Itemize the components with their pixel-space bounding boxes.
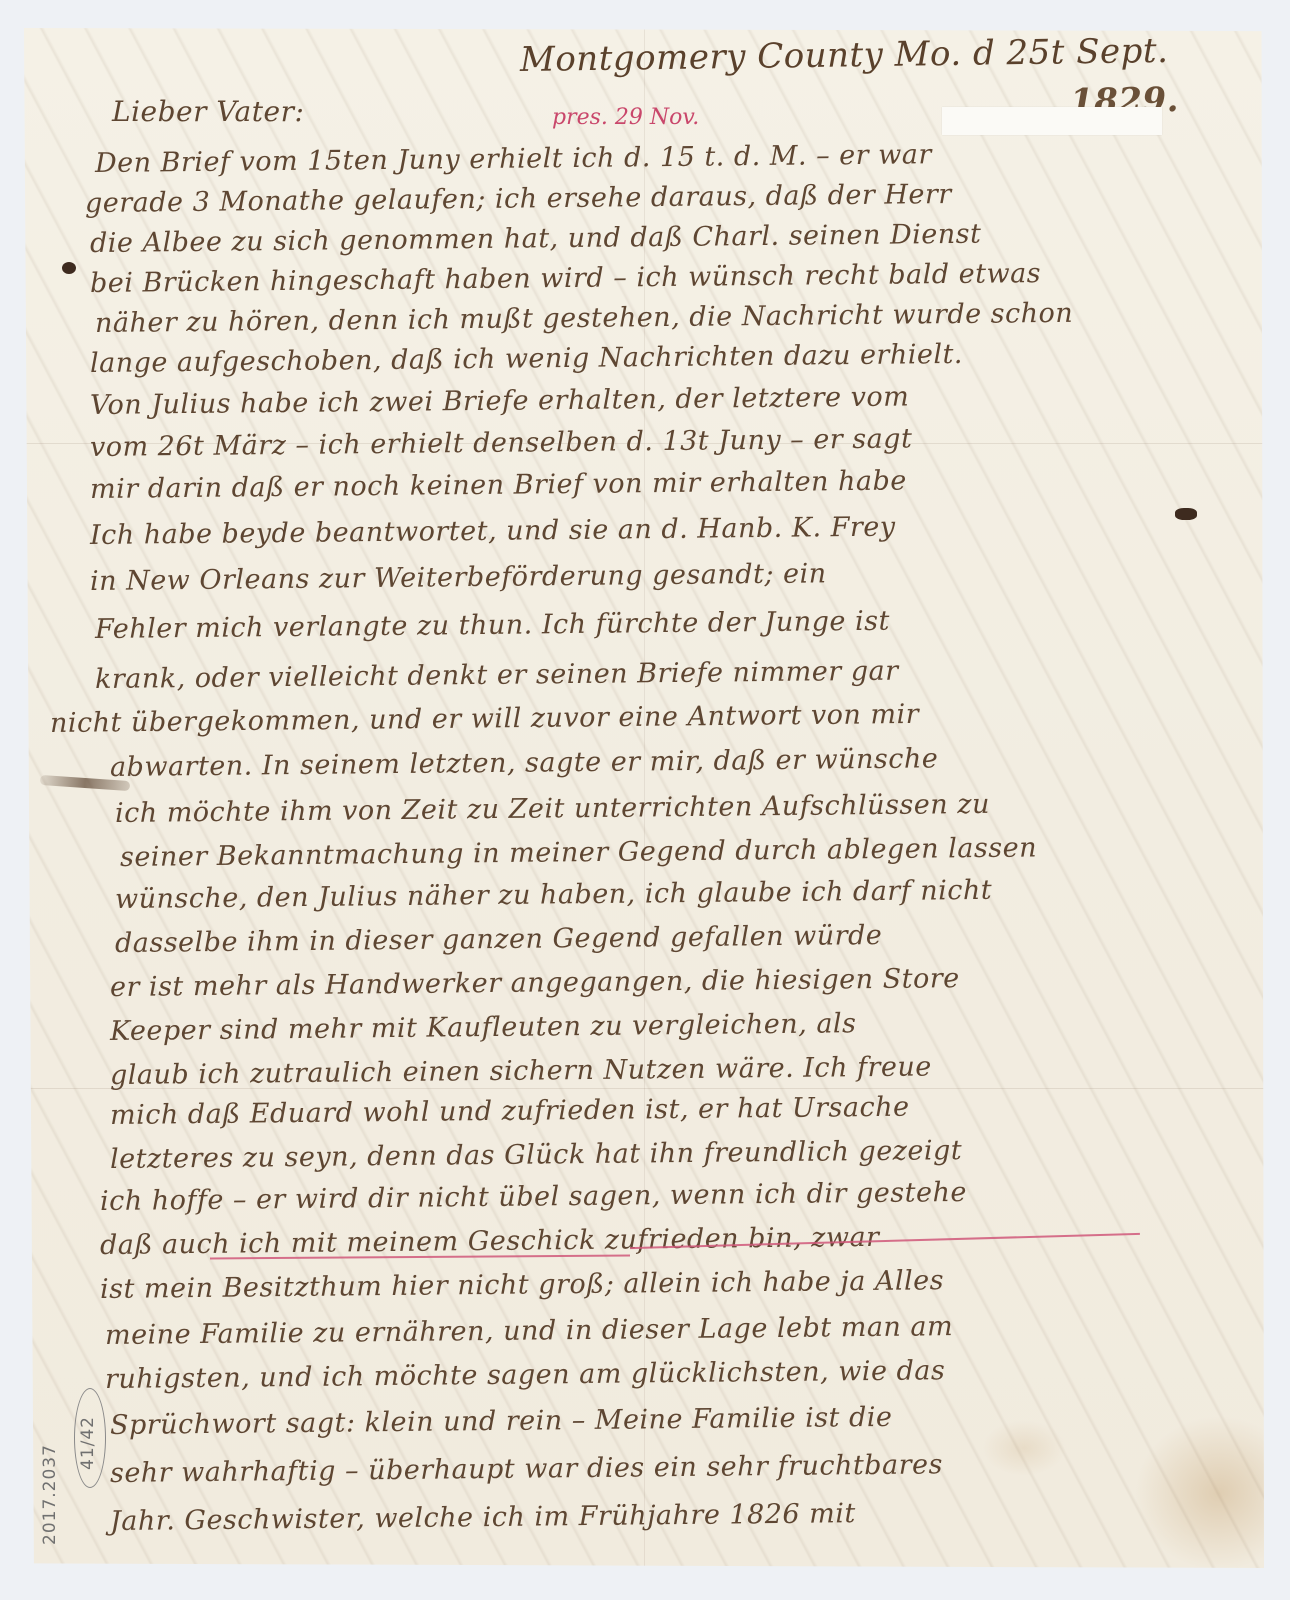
circled-note: 41/42 <box>78 1416 98 1470</box>
ink-blot <box>1175 508 1197 520</box>
salutation: Lieber Vater: <box>112 95 304 128</box>
received-annotation: pres. 29 Nov. <box>552 105 699 130</box>
paper-strip <box>942 107 1162 135</box>
accession-number: 2017.2037 <box>40 1444 60 1545</box>
ink-blot <box>62 262 76 274</box>
